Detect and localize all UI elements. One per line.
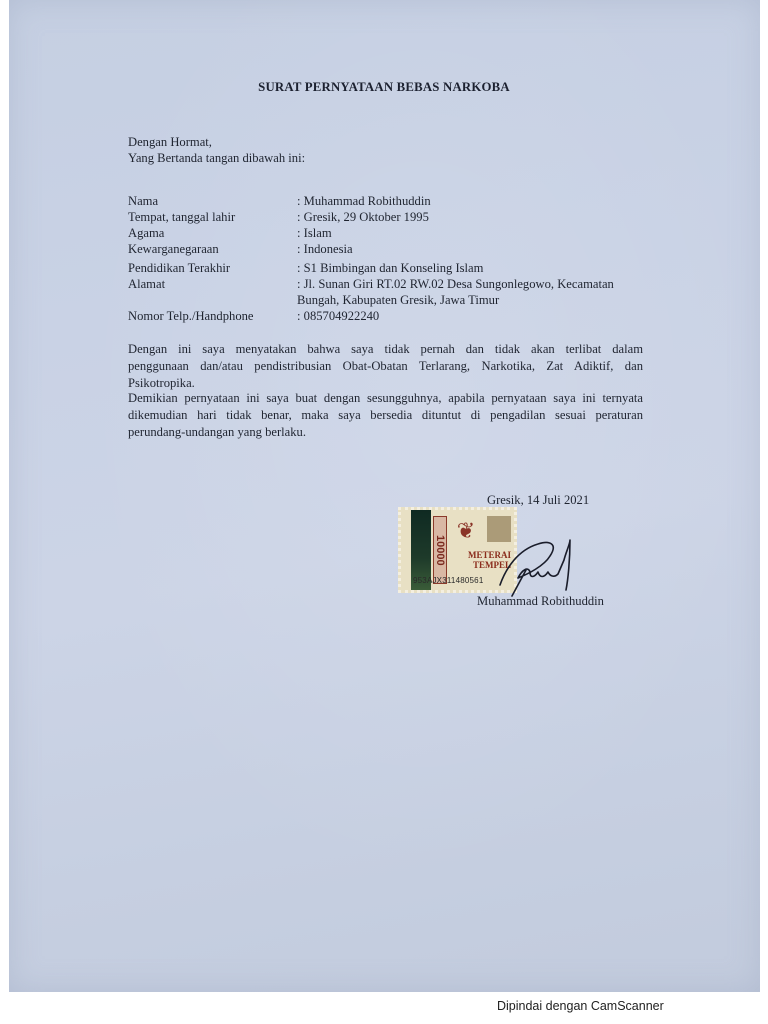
field-value-phone: : 085704922240 — [297, 308, 379, 324]
closing-line: perundang-undangan yang berlaku. — [128, 424, 643, 441]
closing-paragraph: Demikian pernyataan ini saya buat dengan… — [128, 390, 643, 441]
intro-text: Yang Bertanda tangan dibawah ini: — [128, 150, 305, 166]
statement-line: Dengan ini saya menyatakan bahwa saya ti… — [128, 341, 643, 358]
field-value-name: : Muhammad Robithuddin — [297, 193, 431, 209]
garuda-emblem-icon: ❦ — [453, 518, 479, 544]
stamp-serial: 953AJX311480561 — [413, 576, 483, 585]
field-label-name: Nama — [128, 193, 158, 209]
field-value-address-cont: Bungah, Kabupaten Gresik, Jawa Timur — [297, 292, 499, 308]
field-value-birth: : Gresik, 29 Oktober 1995 — [297, 209, 429, 225]
statement-paragraph: Dengan ini saya menyatakan bahwa saya ti… — [128, 341, 643, 392]
place-date: Gresik, 14 Juli 2021 — [487, 492, 589, 508]
closing-line: Demikian pernyataan ini saya buat dengan… — [128, 390, 643, 407]
scanned-paper — [9, 0, 760, 992]
signatory-name: Muhammad Robithuddin — [477, 593, 604, 609]
field-label-education: Pendidikan Terakhir — [128, 260, 230, 276]
camscanner-watermark: Dipindai dengan CamScanner — [497, 999, 664, 1013]
field-value-citizenship: : Indonesia — [297, 241, 353, 257]
field-label-religion: Agama — [128, 225, 164, 241]
field-value-address: : Jl. Sunan Giri RT.02 RW.02 Desa Sungon… — [297, 276, 614, 292]
field-label-birth: Tempat, tanggal lahir — [128, 209, 235, 225]
field-label-phone: Nomor Telp./Handphone — [128, 308, 254, 324]
stamp-value: 10000 — [433, 516, 447, 584]
field-value-education: : S1 Bimbingan dan Konseling Islam — [297, 260, 483, 276]
field-value-religion: : Islam — [297, 225, 332, 241]
field-label-address: Alamat — [128, 276, 165, 292]
closing-line: dikemudian hari tidak benar, maka saya b… — [128, 407, 643, 424]
field-label-citizenship: Kewarganegaraan — [128, 241, 219, 257]
document-title: SURAT PERNYATAAN BEBAS NARKOBA — [0, 80, 768, 95]
salutation: Dengan Hormat, — [128, 134, 212, 150]
statement-line: penggunaan dan/atau pendistribusian Obat… — [128, 358, 643, 375]
signature-icon — [478, 530, 588, 600]
